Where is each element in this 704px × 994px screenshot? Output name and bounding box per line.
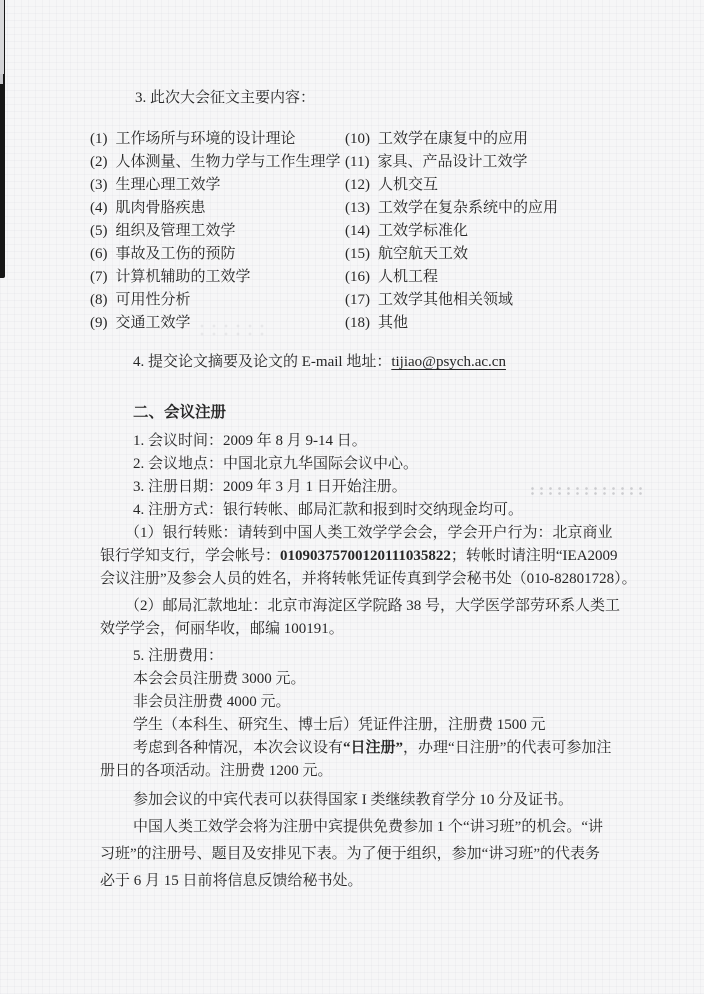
line-meeting-place: 2. 会议地点：中国北京九华国际会议中心。 [133, 453, 646, 476]
line-day-registration-2: 册日的各项活动。注册费 1200 元。 [100, 760, 646, 783]
line-education-credit: 参加会议的中宾代表可以获得国家 I 类继续教育学分 10 分及证书。 [133, 787, 646, 814]
topic-num: (8) [90, 292, 108, 308]
line-bank-transfer-3: 会议注册”及参会人员的姓名，并将转帐凭证传真到学会秘书处（010-8280172… [100, 568, 646, 591]
scan-edge-artifact [0, 0, 4, 60]
topic-num: (17) [345, 292, 370, 308]
submission-prefix: 4. 提交论文摘要及论文的 E-mail 地址： [133, 354, 391, 370]
topic-label: 人机交互 [378, 177, 438, 193]
topic-label: 人体测量、生物力学与工作生理学 [116, 154, 341, 170]
submission-email-link[interactable]: tijiao@psych.ac.cn [391, 354, 506, 370]
scan-smudge [528, 486, 648, 496]
line-day-registration-1: 考虑到各种情况，本次会议设有“日注册”，办理“日注册”的代表可参加注 [133, 737, 646, 760]
topic-num: (7) [90, 269, 108, 285]
topic-label: 事故及工伤的预防 [116, 246, 236, 262]
registration-heading: 二、会议注册 [133, 402, 646, 424]
topic-num: (4) [90, 200, 108, 216]
topic-num: (10) [345, 131, 370, 147]
line-workshop-1: 中国人类工效学会将为注册中宾提供免费参加 1 个“讲习班”的机会。“讲 [133, 814, 646, 841]
topic-row: (7)计算机辅助的工效学 (16)人机工程 [90, 266, 646, 289]
line-postal-address-2: 效学学会，何丽华收，邮编 100191。 [100, 618, 646, 641]
submission-email-line: 4. 提交论文摘要及论文的 E-mail 地址：tijiao@psych.ac.… [133, 351, 646, 374]
topic-label: 工效学标准化 [378, 223, 468, 239]
topic-num: (3) [90, 177, 108, 193]
topic-label: 其他 [378, 315, 408, 331]
topic-num: (12) [345, 177, 370, 193]
topic-label: 可用性分析 [116, 292, 191, 308]
topic-label: 航空航天工效 [378, 246, 468, 262]
topic-num: (2) [90, 154, 108, 170]
line-workshop-3: 必于 6 月 15 日前将信息反馈给秘书处。 [100, 868, 646, 895]
topic-num: (1) [90, 131, 108, 147]
line-meeting-time: 1. 会议时间：2009 年 8 月 9-14 日。 [133, 430, 646, 453]
topic-num: (13) [345, 200, 370, 216]
line-bank-transfer-1: （1）银行转账：请转到中国人类工效学学会会，学会开户行为：北京商业 [125, 522, 646, 545]
topic-num: (18) [345, 315, 370, 331]
cfp-topic-list: (1)工作场所与环境的设计理论 (10)工效学在康复中的应用 (2)人体测量、生… [90, 128, 646, 335]
topic-row: (2)人体测量、生物力学与工作生理学 (11)家具、产品设计工效学 [90, 151, 646, 174]
topic-num: (16) [345, 269, 370, 285]
topic-label: 人机工程 [378, 269, 438, 285]
document-content: 3. 此次大会征文主要内容： (1)工作场所与环境的设计理论 (10)工效学在康… [0, 0, 704, 895]
topic-num: (6) [90, 246, 108, 262]
topic-label: 肌肉骨胳疾患 [116, 200, 206, 216]
topic-label: 交通工效学 [116, 315, 191, 331]
line-registration-method: 4. 注册方式：银行转帐、邮局汇款和报到时交纳现金均可。 [133, 499, 646, 522]
line-bank-transfer-2: 银行学知支行，学会帐号：01090375700120111035822；转帐时请… [100, 545, 646, 568]
topic-label: 家具、产品设计工效学 [377, 154, 527, 170]
topic-row: (8)可用性分析 (17)工效学其他相关领域 [90, 289, 646, 312]
closing-paragraphs: 参加会议的中宾代表可以获得国家 I 类继续教育学分 10 分及证书。 中国人类工… [90, 787, 646, 895]
topic-row: (9)交通工效学 (18)其他 [90, 312, 646, 335]
bank-account-number: 01090375700120111035822 [280, 548, 451, 564]
line-postal-address-1: （2）邮局汇款地址：北京市海淀区学院路 38 号，大学医学部劳环系人类工 [125, 595, 646, 618]
line-fee-member: 本会会员注册费 3000 元。 [133, 668, 646, 691]
topic-label: 工作场所与环境的设计理论 [116, 131, 296, 147]
topic-label: 组织及管理工效学 [116, 223, 236, 239]
scanned-document-page: 3. 此次大会征文主要内容： (1)工作场所与环境的设计理论 (10)工效学在康… [0, 0, 704, 994]
topic-row: (3)生理心理工效学 (12)人机交互 [90, 174, 646, 197]
line-fee-nonmember: 非会员注册费 4000 元。 [133, 691, 646, 714]
cfp-topics-heading: 3. 此次大会征文主要内容： [135, 88, 646, 108]
topic-num: (11) [345, 154, 369, 170]
line-fee-student: 学生（本科生、研究生、博士后）凭证件注册，注册费 1500 元 [133, 714, 646, 737]
topic-num: (5) [90, 223, 108, 239]
topic-num: (9) [90, 315, 108, 331]
topic-label: 工效学在复杂系统中的应用 [378, 200, 558, 216]
topic-row: (5)组织及管理工效学 (14)工效学标准化 [90, 220, 646, 243]
topic-row: (1)工作场所与环境的设计理论 (10)工效学在康复中的应用 [90, 128, 646, 151]
topic-label: 生理心理工效学 [116, 177, 221, 193]
registration-details: 1. 会议时间：2009 年 8 月 9-14 日。 2. 会议地点：中国北京九… [90, 430, 646, 895]
scan-smudge [196, 322, 266, 338]
topic-label: 计算机辅助的工效学 [116, 269, 251, 285]
topic-num: (14) [345, 223, 370, 239]
topic-row: (6)事故及工伤的预防 (15)航空航天工效 [90, 243, 646, 266]
topic-num: (15) [345, 246, 370, 262]
line-workshop-2: 习班”的注册号、题目及安排见下表。为了便于组织，参加“讲习班”的代表务 [100, 841, 646, 868]
day-registration-term: “日注册” [343, 740, 403, 756]
line-fees-heading: 5. 注册费用： [133, 645, 646, 668]
topic-label: 工效学其他相关领域 [378, 292, 513, 308]
topic-label: 工效学在康复中的应用 [378, 131, 528, 147]
topic-row: (4)肌肉骨胳疾患 (13)工效学在复杂系统中的应用 [90, 197, 646, 220]
